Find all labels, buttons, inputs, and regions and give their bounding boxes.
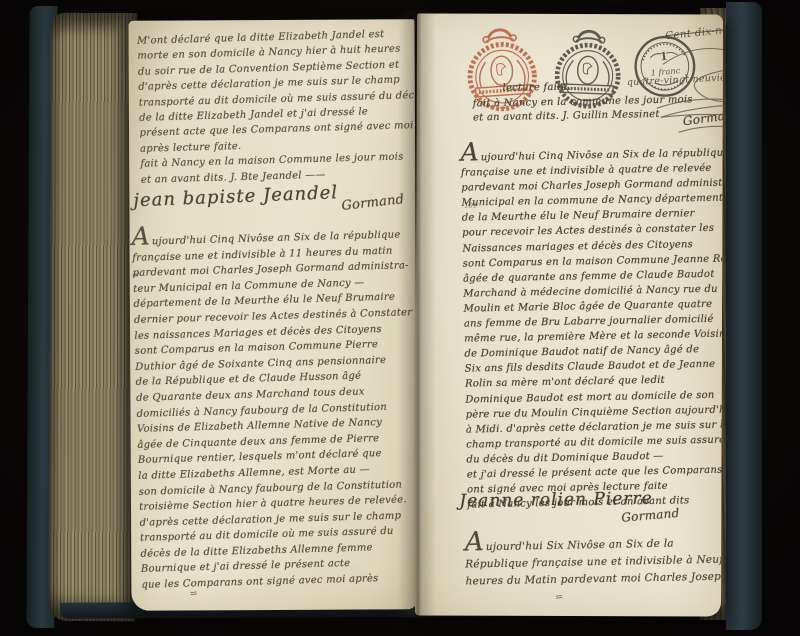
act-next-opening: Aujourd'hui Six Nivôse an Six de laRépub…	[465, 530, 722, 591]
act-jandel-closing: M'ont déclaré que la ditte Elizabeth Jan…	[137, 26, 413, 188]
manuscript-page-right: 1 1 franc Cent dix-neuf quatre-vingt neu…	[415, 13, 723, 616]
act-allemne: Aujourd'hui Cinq Nivôse an Six de la rép…	[131, 221, 417, 593]
book-cover-right	[726, 2, 762, 630]
signature-gormand-left: Gormand	[341, 192, 405, 214]
signature-jeanne-rolien: Jeanne rolien Pierre	[459, 489, 653, 512]
manuscript-line: heures du Matin pardevant moi Charles Jo…	[465, 569, 721, 591]
photo-backdrop: M'ont déclaré que la ditte Elizabeth Jan…	[0, 0, 800, 636]
flourish-dash-mark: =	[189, 588, 199, 600]
franc-stamp-numeral: 1	[659, 50, 668, 64]
manuscript-page-left: M'ont déclaré que la ditte Elizabeth Jan…	[128, 19, 417, 610]
act-baudot: Aujourd'hui Cinq Nivôse an Six de la rép…	[460, 140, 723, 513]
margin-hyphen-mark: =	[132, 271, 140, 281]
flourish-dash-mark: =	[554, 591, 564, 603]
page-edges-left	[49, 13, 137, 621]
crossed-out-note: Cent dix-neuf	[665, 23, 723, 42]
